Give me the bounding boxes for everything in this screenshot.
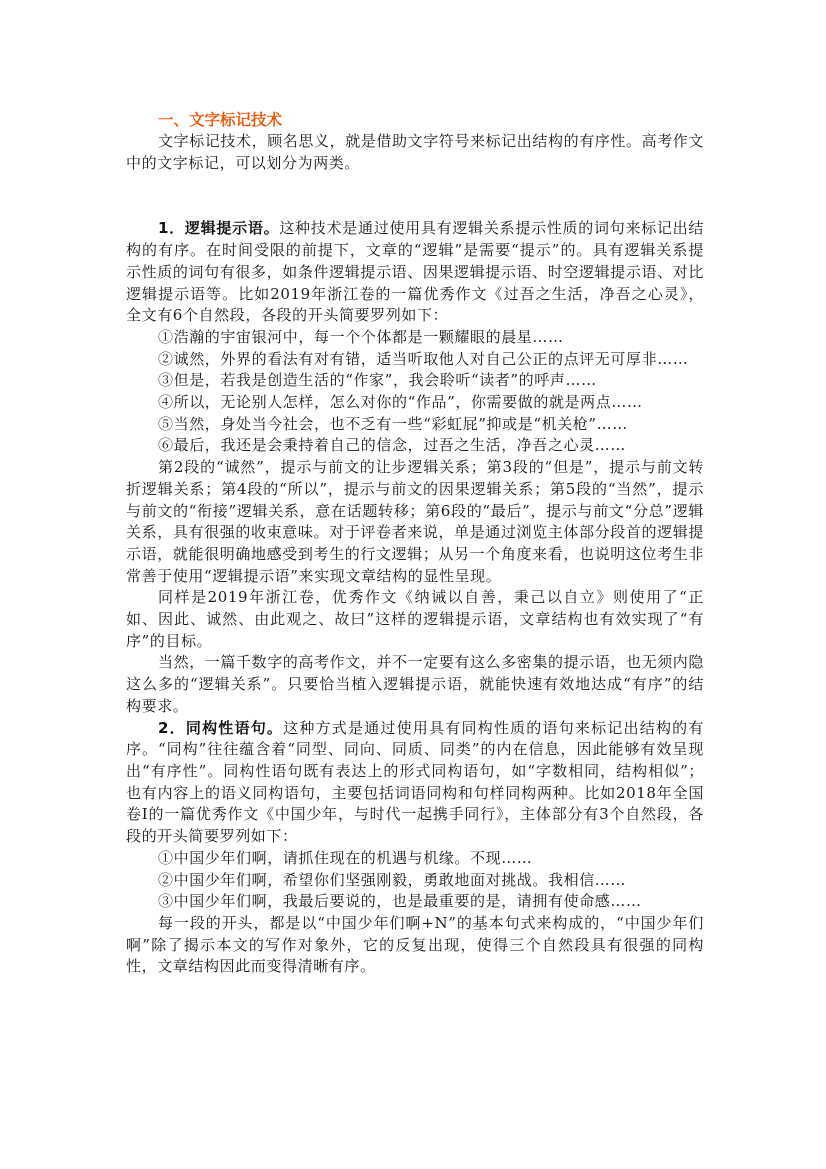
list-item: ②中国少年们啊，希望你们坚强刚毅，勇敢地面对挑战。我相信…… bbox=[126, 870, 704, 892]
document-page: 一、文字标记技术 文字标记技术，顾名思义，就是借助文字符号来标记出结构的有序性。… bbox=[126, 109, 704, 978]
list-item: ②诚然，外界的看法有对有错，适当听取他人对自己公正的点评无可厚非…… bbox=[126, 349, 704, 371]
part1-lead: 1．逻辑提示语。 bbox=[158, 219, 279, 237]
list-item: ⑥最后，我还是会秉持着自己的信念，过吾之生活，净吾之心灵…… bbox=[126, 435, 704, 457]
part1-note: 当然，一篇千数字的高考作文，并不一定要有这么多密集的提示语，也无须内隐这么多的“… bbox=[126, 652, 704, 717]
part1-example2: 同样是2019年浙江卷，优秀作文《纳诫以自善，秉己以自立》则使用了“正如、因此、… bbox=[126, 587, 704, 652]
list-item: ⑤当然，身处当今社会，也不乏有一些“彩虹屁”抑或是“机关枪”…… bbox=[126, 414, 704, 436]
list-item: ①浩瀚的宇宙银河中，每一个个体都是一颗耀眼的晨星…… bbox=[126, 327, 704, 349]
part2-body: 这种方式是通过使用具有同构性质的语句来标记出结构的有序。“同构”往往蕴含着“同型… bbox=[126, 719, 704, 846]
part2-analysis: 每一段的开头，都是以“中国少年们啊+N”的基本句式来构成的，“中国少年们啊”除了… bbox=[126, 913, 704, 978]
intro-paragraph: 文字标记技术，顾名思义，就是借助文字符号来标记出结构的有序性。高考作文中的文字标… bbox=[126, 131, 704, 174]
part1-paragraph: 1．逻辑提示语。这种技术是通过使用具有逻辑关系提示性质的词句来标记出结构的有序。… bbox=[126, 218, 704, 327]
part1-analysis: 第2段的“诚然”，提示与前文的让步逻辑关系；第3段的“但是”，提示与前文转折逻辑… bbox=[126, 457, 704, 587]
list-item: ③但是，若我是创造生活的“作家”，我会聆听“读者”的呼声…… bbox=[126, 370, 704, 392]
part2-lead: 2．同构性语句。 bbox=[158, 719, 283, 737]
list-item: ③中国少年们啊，我最后要说的，也是最重要的是，请拥有使命感…… bbox=[126, 891, 704, 913]
list-item: ①中国少年们啊，请抓住现在的机遇与机缘。不现…… bbox=[126, 848, 704, 870]
section-heading: 一、文字标记技术 bbox=[126, 109, 704, 131]
spacer bbox=[126, 174, 704, 218]
list-item: ④所以，无论别人怎样，怎么对你的“作品”，你需要做的就是两点…… bbox=[126, 392, 704, 414]
part2-paragraph: 2．同构性语句。这种方式是通过使用具有同构性质的语句来标记出结构的有序。“同构”… bbox=[126, 718, 704, 848]
